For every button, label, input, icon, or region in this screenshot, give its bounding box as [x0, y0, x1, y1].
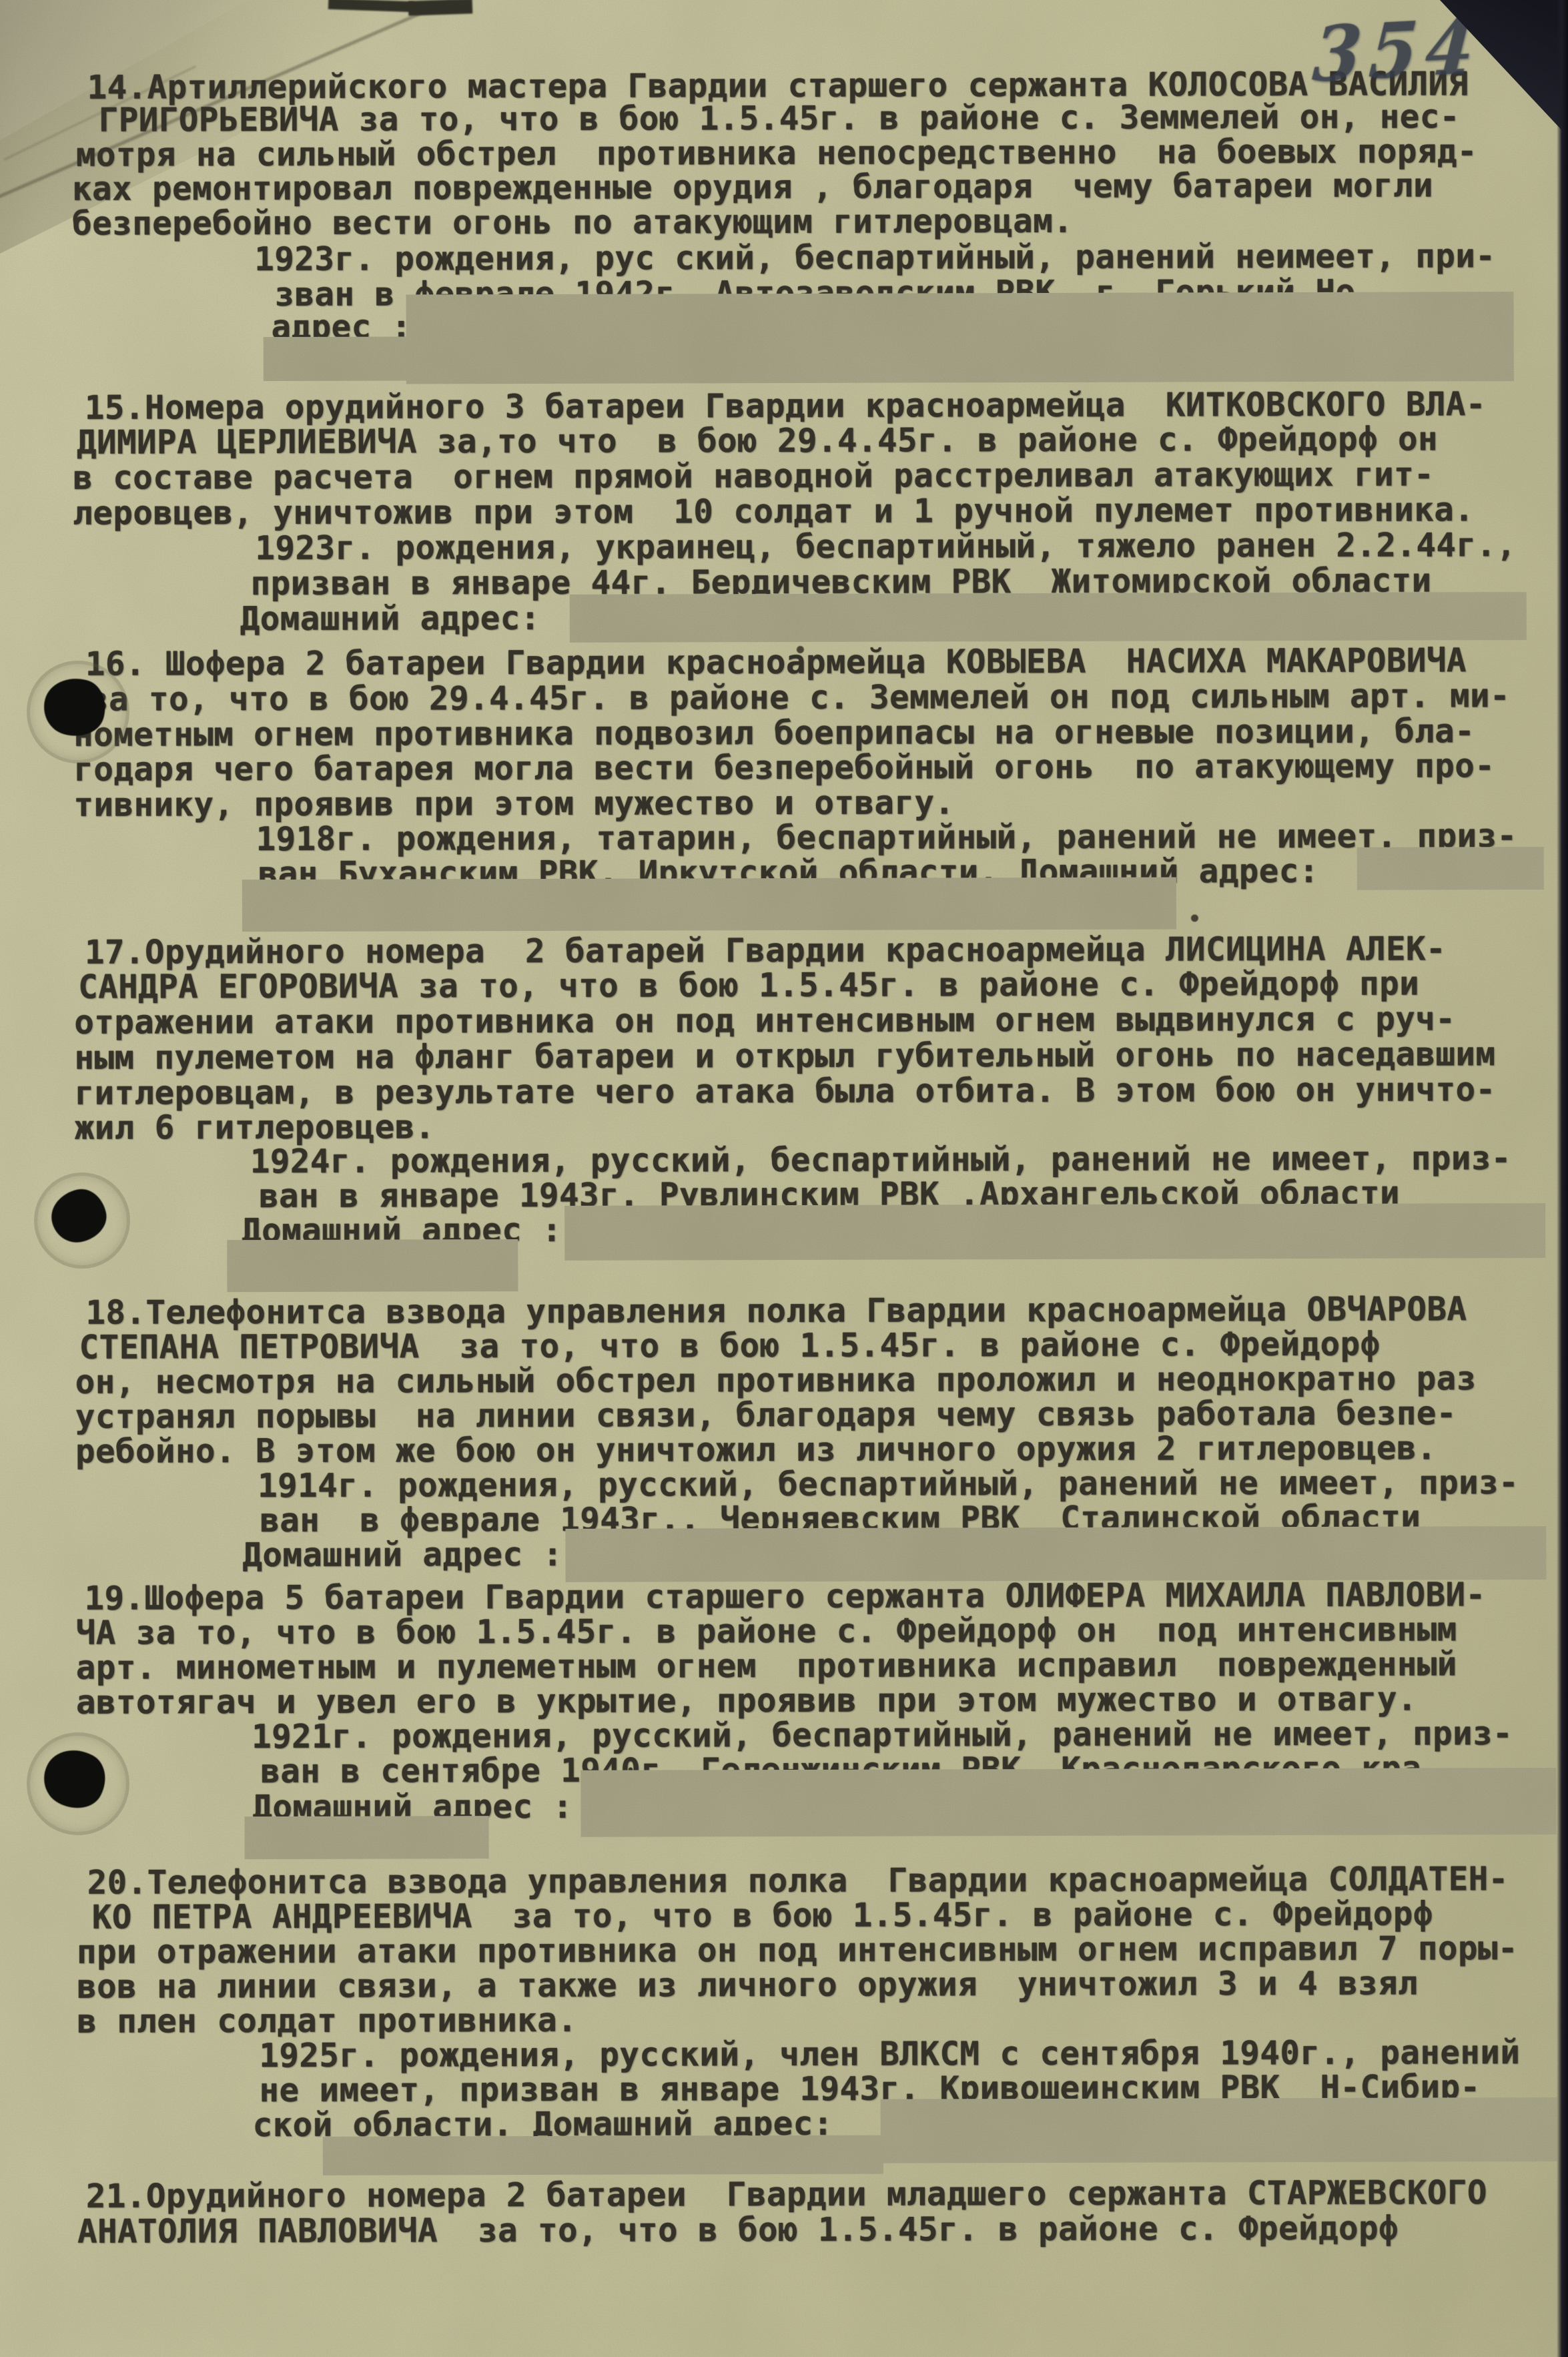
redaction-block-entry-16-2: [242, 877, 1176, 932]
redaction-block-entry-17-2: [227, 1239, 518, 1292]
redaction-block-entry-20-1: [881, 2097, 1557, 2163]
entry-20-line-5: в плен солдат противника.: [77, 2003, 577, 2040]
entry-21-line-2: АНАТОЛИЯ ПАВЛОВИЧА за то, что в бою 1.5.…: [77, 2211, 1399, 2250]
entry-15-line-5: 1923г. рождения, украинец, беспартийный,…: [255, 527, 1516, 567]
entry-20-line-4: вов на линии связи, а также из личного о…: [77, 1966, 1418, 2005]
redaction-block-entry-18-1: [565, 1526, 1546, 1582]
ink-speck-1: [797, 646, 804, 653]
entry-18-line-8: Домашний адрес :: [242, 1537, 562, 1574]
entry-16-line-1: 16. Шофера 2 батареи Гвардии красноармей…: [85, 643, 1467, 682]
entry-17-line-4: ным пулеметом на фланг батареи и открыл …: [74, 1036, 1495, 1076]
redaction-block-entry-17-1: [564, 1203, 1545, 1261]
entry-15-line-2: ДИМИРА ЦЕРЛИЕВИЧА за,то что в бою 29.4.4…: [77, 421, 1438, 460]
redaction-block-entry-14-2: [264, 336, 769, 381]
ink-speck-2: [1191, 914, 1198, 922]
typed-text-layer: 14.Артиллерийского мастера Гвардии старш…: [0, 0, 1568, 2357]
entry-14-line-4: ках ремонтировал поврежденные орудия , б…: [72, 167, 1433, 207]
redaction-block-entry-20-2: [323, 2135, 883, 2175]
entry-17-line-5: гитлеровцам, в результате чего атака был…: [75, 1072, 1496, 1111]
entry-14-line-5: безперебойно вести огонь по атакующим ги…: [72, 204, 1073, 242]
redaction-block-entry-15-1: [570, 592, 1527, 643]
entry-16-line-2: за то, что в бою 29.4.45г. в районе с. З…: [89, 678, 1510, 717]
redaction-block-entry-19-2: [245, 1816, 489, 1859]
entry-17-line-6: жил 6 гитлеровцев.: [75, 1109, 435, 1146]
entry-15-line-7: Домашний адрес:: [240, 601, 540, 637]
entry-17-line-2: САНДРА ЕГОРОВИЧА за то, что в бою 1.5.45…: [78, 966, 1419, 1006]
entry-14-line-6: 1923г. рождения, рус ский, беспартийный,…: [254, 238, 1495, 278]
entry-21-line-1: 21.Орудийного номера 2 батареи Гвардии м…: [86, 2175, 1487, 2214]
entry-17-line-3: отражении атаки противника он под интенс…: [74, 1001, 1455, 1040]
redaction-block-entry-19-1: [580, 1768, 1556, 1837]
scanned-document-page: 354 14.Артиллерийского мастера Гвардии с…: [0, 0, 1568, 2357]
entry-16-line-4: годаря чего батарея могла вести безпереб…: [73, 748, 1495, 787]
entry-16-line-6: 1918г. рождения, татарин, беспартийный, …: [256, 818, 1517, 858]
entry-15-line-3: в составе расчета огнем прямой наводной …: [73, 456, 1434, 496]
redaction-block-entry-16-1: [1357, 847, 1544, 890]
scan-edge-strip: [1557, 0, 1568, 2357]
entry-15-line-4: леровцев, уничтожив при этом 10 солдат и…: [73, 492, 1474, 531]
entry-16-line-5: тивнику, проявив при этом мужество и отв…: [73, 785, 954, 823]
